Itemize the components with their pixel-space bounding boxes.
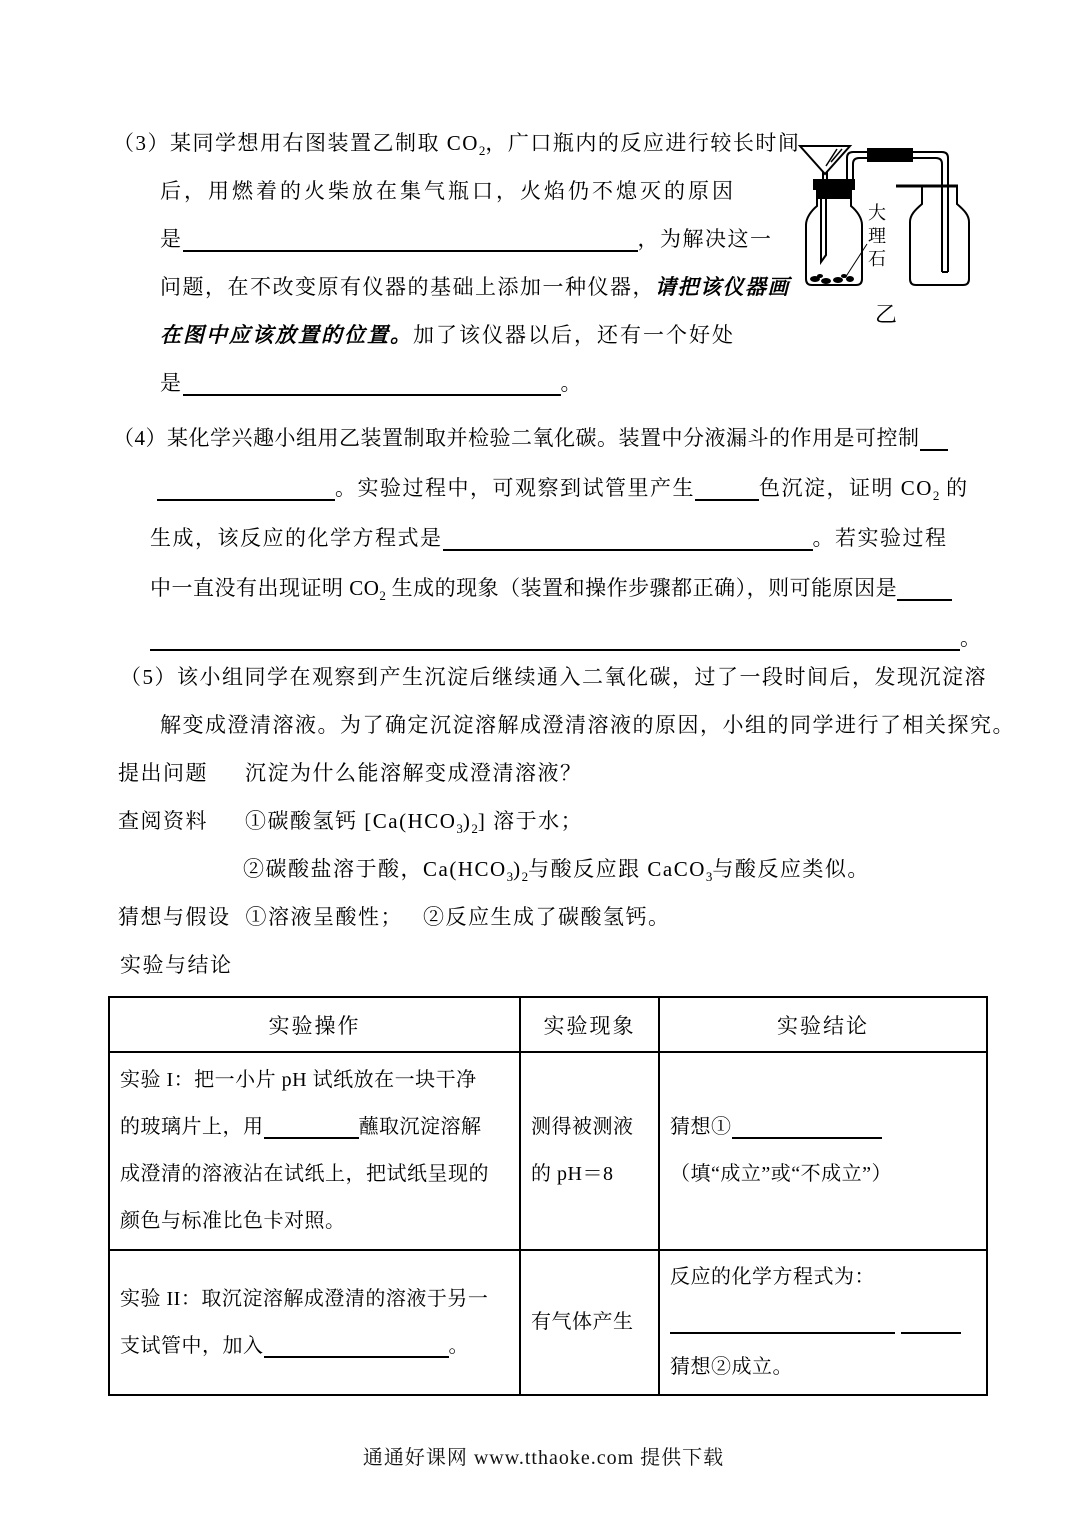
text-run: ②碳酸盐溶于酸，Ca(HCO: [243, 857, 507, 881]
apparatus-diagram: 大 理 石 乙: [790, 122, 1000, 332]
text-run: 猜想②成立。: [670, 1356, 793, 1378]
question-5-paragraph: （5）该小组同学在观察到产生沉淀后继续通入二氧化碳，过了一段时间后，发现沉淀溶解…: [0, 653, 1087, 749]
text-line: [670, 1300, 976, 1345]
answer-blank: [901, 1328, 961, 1334]
marble-label-char: 大: [868, 203, 886, 223]
text-line: 猜想①: [670, 1104, 976, 1151]
text-run: 颜色与标准比色卡对照。: [120, 1210, 346, 1232]
text-run: 的: [939, 476, 968, 500]
text-run: ，广口瓶内的反应进行较长时间: [485, 131, 800, 155]
text-line: （5）该小组同学在观察到产生沉淀后继续通入二氧化碳，过了一段时间后，发现沉淀溶: [0, 653, 1087, 701]
answer-blank: [443, 545, 813, 551]
text-run: 色沉淀，证明 CO: [759, 476, 933, 500]
text-line: 实验与结论: [0, 941, 1087, 989]
label-leader-line: [845, 244, 867, 278]
text-run: ①碳酸氢钙 [Ca(HCO: [245, 809, 456, 833]
worksheet-page: （3）某同学想用右图装置乙制取 CO2，广口瓶内的反应进行较长时间后，用燃着的火…: [0, 0, 1087, 1536]
answer-blank: [150, 645, 960, 651]
text-run: 。: [960, 626, 983, 650]
text-run: 实验 I：把一小片 pH 试纸放在一块干净: [120, 1069, 477, 1091]
text-run: 是: [160, 371, 183, 395]
text-line: 成澄清的溶液沾在试纸上，把试纸呈现的: [120, 1151, 509, 1198]
spacer: [231, 923, 246, 924]
text-run: 反应的化学方程式为：: [670, 1266, 875, 1288]
text-run: 生成的现象（装置和操作步骤都正确），则可能原因是: [386, 576, 897, 600]
text-run: 蘸取沉淀溶解: [359, 1116, 482, 1138]
text-run: 生成，该反应的化学方程式是: [150, 526, 443, 550]
text-line: 实验 II：取沉淀溶解成澄清的溶液于另一: [120, 1276, 509, 1323]
text-run: ②反应生成了碳酸氢钙。: [423, 905, 671, 929]
exp1-conclusion-cell: 猜想①（填“成立”或“不成立”）: [659, 1052, 987, 1250]
text-run: ，为解决这一: [638, 227, 773, 251]
exp1-operation-cell: 实验 I：把一小片 pH 试纸放在一块干净的玻璃片上，用蘸取沉淀溶解成澄清的溶液…: [109, 1052, 520, 1250]
spacer: [208, 779, 245, 780]
text-run: 中一直没有出现证明 CO: [150, 576, 379, 600]
answer-blank: [183, 390, 561, 396]
text-line: 猜想②成立。: [670, 1345, 976, 1390]
text-run: 。实验过程中，可观察到试管里产生: [335, 476, 695, 500]
table-header-row: 实验操作 实验现象 实验结论: [109, 997, 987, 1052]
apparatus-caption: 乙: [875, 302, 897, 327]
text-run: 提出问题: [118, 761, 208, 785]
answer-blank: [920, 445, 948, 451]
text-run: 的玻璃片上，用: [120, 1116, 264, 1138]
text-run: 猜想①: [670, 1116, 732, 1138]
footer-text: 通通好课网 www.tthaoke.com 提供下载: [0, 1441, 1087, 1470]
exp2-operation-cell: 实验 II：取沉淀溶解成澄清的溶液于另一支试管中，加入。: [109, 1250, 520, 1395]
question-4-paragraph: （4）某化学兴趣小组用乙装置制取并检验二氧化碳。装置中分液漏斗的作用是可控制。实…: [0, 413, 1087, 663]
marble-label-char: 石: [868, 249, 886, 269]
text-line: 生成，该反应的化学方程式是。若实验过程: [0, 513, 1087, 563]
text-run: ): [513, 857, 522, 881]
text-run: 。: [449, 1335, 470, 1357]
text-line: 中一直没有出现证明 CO2 生成的现象（装置和操作步骤都正确），则可能原因是: [0, 563, 1087, 613]
gas-bottle-icon: [806, 198, 862, 285]
answer-blank: [695, 495, 759, 501]
experiment-1-row: 实验 I：把一小片 pH 试纸放在一块干净的玻璃片上，用蘸取沉淀溶解成澄清的溶液…: [109, 1052, 987, 1250]
answer-blank: [264, 1352, 449, 1358]
answer-blank: [670, 1328, 895, 1334]
text-line: 查阅资料①碳酸氢钙 [Ca(HCO3)2] 溶于水；: [0, 797, 1087, 845]
text-run: （3）某同学想用右图装置乙制取 CO: [113, 131, 479, 155]
text-line: 解变成澄清溶液。为了确定沉淀溶解成澄清溶液的原因，小组的同学进行了相关探究。: [0, 701, 1087, 749]
experiment-2-row: 实验 II：取沉淀溶解成澄清的溶液于另一支试管中，加入。 有气体产生 反应的化学…: [109, 1250, 987, 1395]
text-line: 颜色与标准比色卡对照。: [120, 1198, 509, 1245]
text-run: ] 溶于水；: [478, 809, 583, 833]
text-run: 。若实验过程: [813, 526, 948, 550]
text-line: （4）某化学兴趣小组用乙装置制取并检验二氧化碳。装置中分液漏斗的作用是可控制: [0, 413, 1087, 463]
text-run: 实验与结论: [120, 953, 233, 977]
bold-italic-run: 请把该仪器画: [655, 275, 790, 299]
col-header-operation: 实验操作: [109, 997, 520, 1052]
text-line: 。实验过程中，可观察到试管里产生色沉淀，证明 CO2 的: [0, 463, 1087, 513]
text-line: 是。: [0, 359, 1087, 407]
text-run: 查阅资料: [118, 809, 208, 833]
text-run: 与酸反应跟 CaCO: [528, 857, 706, 881]
text-run: 猜想与假设: [118, 905, 231, 929]
marble-chips-icon: [810, 274, 854, 284]
bold-italic-run: 在图中应该放置的位置。: [160, 323, 413, 347]
text-run: 。: [561, 371, 584, 395]
text-run: （4）某化学兴趣小组用乙装置制取并检验二氧化碳。装置中分液漏斗的作用是可控制: [113, 426, 920, 450]
rubber-tube-icon: [868, 149, 912, 161]
text-run: 成澄清的溶液沾在试纸上，把试纸呈现的: [120, 1163, 489, 1185]
col-header-phenomenon: 实验现象: [520, 997, 659, 1052]
spacer: [403, 923, 423, 924]
text-line: 提出问题沉淀为什么能溶解变成澄清溶液？: [0, 749, 1087, 797]
text-run: 测得被测液: [531, 1116, 634, 1138]
col-header-conclusion: 实验结论: [659, 997, 987, 1052]
text-run: 有气体产生: [531, 1311, 634, 1333]
text-run: 问题，在不改变原有仪器的基础上添加一种仪器，: [160, 275, 655, 299]
text-line: 支试管中，加入。: [120, 1323, 509, 1370]
spacer: [208, 827, 245, 828]
text-run: 加了该仪器以后，还有一个好处: [413, 323, 735, 347]
marble-label-char: 理: [868, 226, 886, 246]
text-line: 反应的化学方程式为：: [670, 1255, 976, 1300]
text-run: 解变成澄清溶液。为了确定沉淀溶解成澄清溶液的原因，小组的同学进行了相关探究。: [160, 713, 1015, 737]
text-line: 猜想与假设①溶液呈酸性；②反应生成了碳酸氢钙。: [0, 893, 1087, 941]
text-line: 测得被测液: [531, 1104, 648, 1151]
stopper-icon: [814, 180, 854, 189]
inquiry-section: 提出问题沉淀为什么能溶解变成澄清溶液？查阅资料①碳酸氢钙 [Ca(HCO3)2]…: [0, 749, 1087, 989]
answer-blank: [732, 1133, 882, 1139]
text-run: 是: [160, 227, 183, 251]
text-line: （填“成立”或“不成立”）: [670, 1151, 976, 1198]
exp2-conclusion-cell: 反应的化学方程式为：猜想②成立。: [659, 1250, 987, 1395]
text-run: 后，用燃着的火柴放在集气瓶口，火焰仍不熄灭的原因: [160, 179, 736, 203]
experiment-table: 实验操作 实验现象 实验结论 实验 I：把一小片 pH 试纸放在一块干净的玻璃片…: [108, 996, 988, 1396]
answer-blank: [897, 595, 952, 601]
text-run: （5）该小组同学在观察到产生沉淀后继续通入二氧化碳，过了一段时间后，发现沉淀溶: [120, 665, 987, 689]
text-run: 沉淀为什么能溶解变成澄清溶液？: [245, 761, 583, 785]
answer-blank: [183, 246, 638, 252]
text-run: 的 pH＝8: [531, 1163, 613, 1185]
text-run: ①溶液呈酸性；: [246, 905, 404, 929]
text-run: （填“成立”或“不成立”）: [670, 1163, 892, 1185]
collection-bottle-icon: [910, 186, 969, 285]
text-line: ②碳酸盐溶于酸，Ca(HCO3)2与酸反应跟 CaCO3与酸反应类似。: [0, 845, 1087, 893]
text-line: 实验 I：把一小片 pH 试纸放在一块干净: [120, 1057, 509, 1104]
funnel-icon: [800, 146, 850, 174]
exp1-phenomenon-cell: 测得被测液的 pH＝8: [520, 1052, 659, 1250]
text-run: 与酸反应类似。: [712, 857, 870, 881]
text-run: 实验 II：取沉淀溶解成澄清的溶液于另一: [120, 1288, 488, 1310]
answer-blank: [157, 495, 335, 501]
answer-blank: [264, 1133, 359, 1139]
text-run: 支试管中，加入: [120, 1335, 264, 1357]
text-line: 的玻璃片上，用蘸取沉淀溶解: [120, 1104, 509, 1151]
text-line: 的 pH＝8: [531, 1151, 648, 1198]
text-line: 有气体产生: [531, 1299, 648, 1346]
exp2-phenomenon-cell: 有气体产生: [520, 1250, 659, 1395]
